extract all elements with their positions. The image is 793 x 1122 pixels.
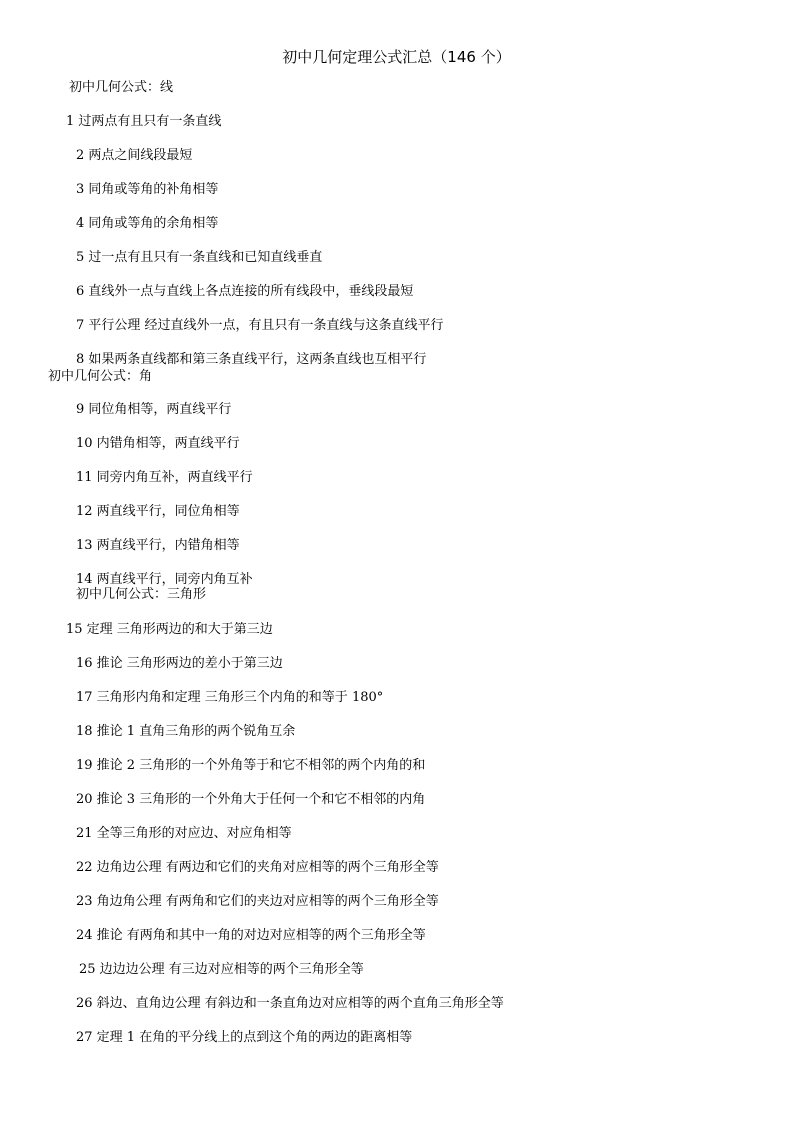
formula-line: 10 内错角相等，两直线平行 <box>76 436 240 452</box>
document-title: 初中几何定理公式汇总（146 个） <box>0 46 793 67</box>
formula-line: 14 两直线平行，同旁内角互补 <box>76 572 253 588</box>
formula-line: 19 推论 2 三角形的一个外角等于和它不相邻的两个内角的和 <box>76 758 425 774</box>
formula-line: 24 推论 有两角和其中一角的对边对应相等的两个三角形全等 <box>76 928 426 944</box>
formula-line: 27 定理 1 在角的平分线上的点到这个角的两边的距离相等 <box>76 1030 412 1046</box>
formula-line: 7 平行公理 经过直线外一点，有且只有一条直线与这条直线平行 <box>76 318 444 334</box>
formula-line: 4 同角或等角的余角相等 <box>76 216 218 232</box>
formula-line: 5 过一点有且只有一条直线和已知直线垂直 <box>76 250 322 266</box>
formula-line: 11 同旁内角互补，两直线平行 <box>76 470 253 486</box>
formula-line: 6 直线外一点与直线上各点连接的所有线段中，垂线段最短 <box>76 284 413 300</box>
section-heading: 初中几何公式：三角形 <box>76 587 206 603</box>
formula-line: 12 两直线平行，同位角相等 <box>76 504 240 520</box>
formula-line: 20 推论 3 三角形的一个外角大于任何一个和它不相邻的内角 <box>76 792 425 808</box>
section-heading: 初中几何公式：线 <box>69 80 173 96</box>
formula-line: 23 角边角公理 有两角和它们的夹边对应相等的两个三角形全等 <box>76 894 439 910</box>
formula-line: 16 推论 三角形两边的差小于第三边 <box>76 656 283 672</box>
formula-line: 1 过两点有且只有一条直线 <box>66 114 221 130</box>
formula-line: 15 定理 三角形两边的和大于第三边 <box>66 622 273 638</box>
formula-line: 25 边边边公理 有三边对应相等的两个三角形全等 <box>79 962 364 978</box>
formula-line: 26 斜边、直角边公理 有斜边和一条直角边对应相等的两个直角三角形全等 <box>76 996 504 1012</box>
section-heading: 初中几何公式：角 <box>48 369 152 385</box>
formula-line: 2 两点之间线段最短 <box>76 148 192 164</box>
formula-line: 18 推论 1 直角三角形的两个锐角互余 <box>76 724 295 740</box>
formula-line: 22 边角边公理 有两边和它们的夹角对应相等的两个三角形全等 <box>76 860 439 876</box>
formula-line: 21 全等三角形的对应边、对应角相等 <box>76 826 292 842</box>
formula-line: 8 如果两条直线都和第三条直线平行，这两条直线也互相平行 <box>76 352 426 368</box>
formula-line: 9 同位角相等，两直线平行 <box>76 402 231 418</box>
formula-line: 13 两直线平行，内错角相等 <box>76 538 240 554</box>
formula-line: 17 三角形内角和定理 三角形三个内角的和等于 180° <box>76 690 383 706</box>
formula-line: 3 同角或等角的补角相等 <box>76 182 218 198</box>
